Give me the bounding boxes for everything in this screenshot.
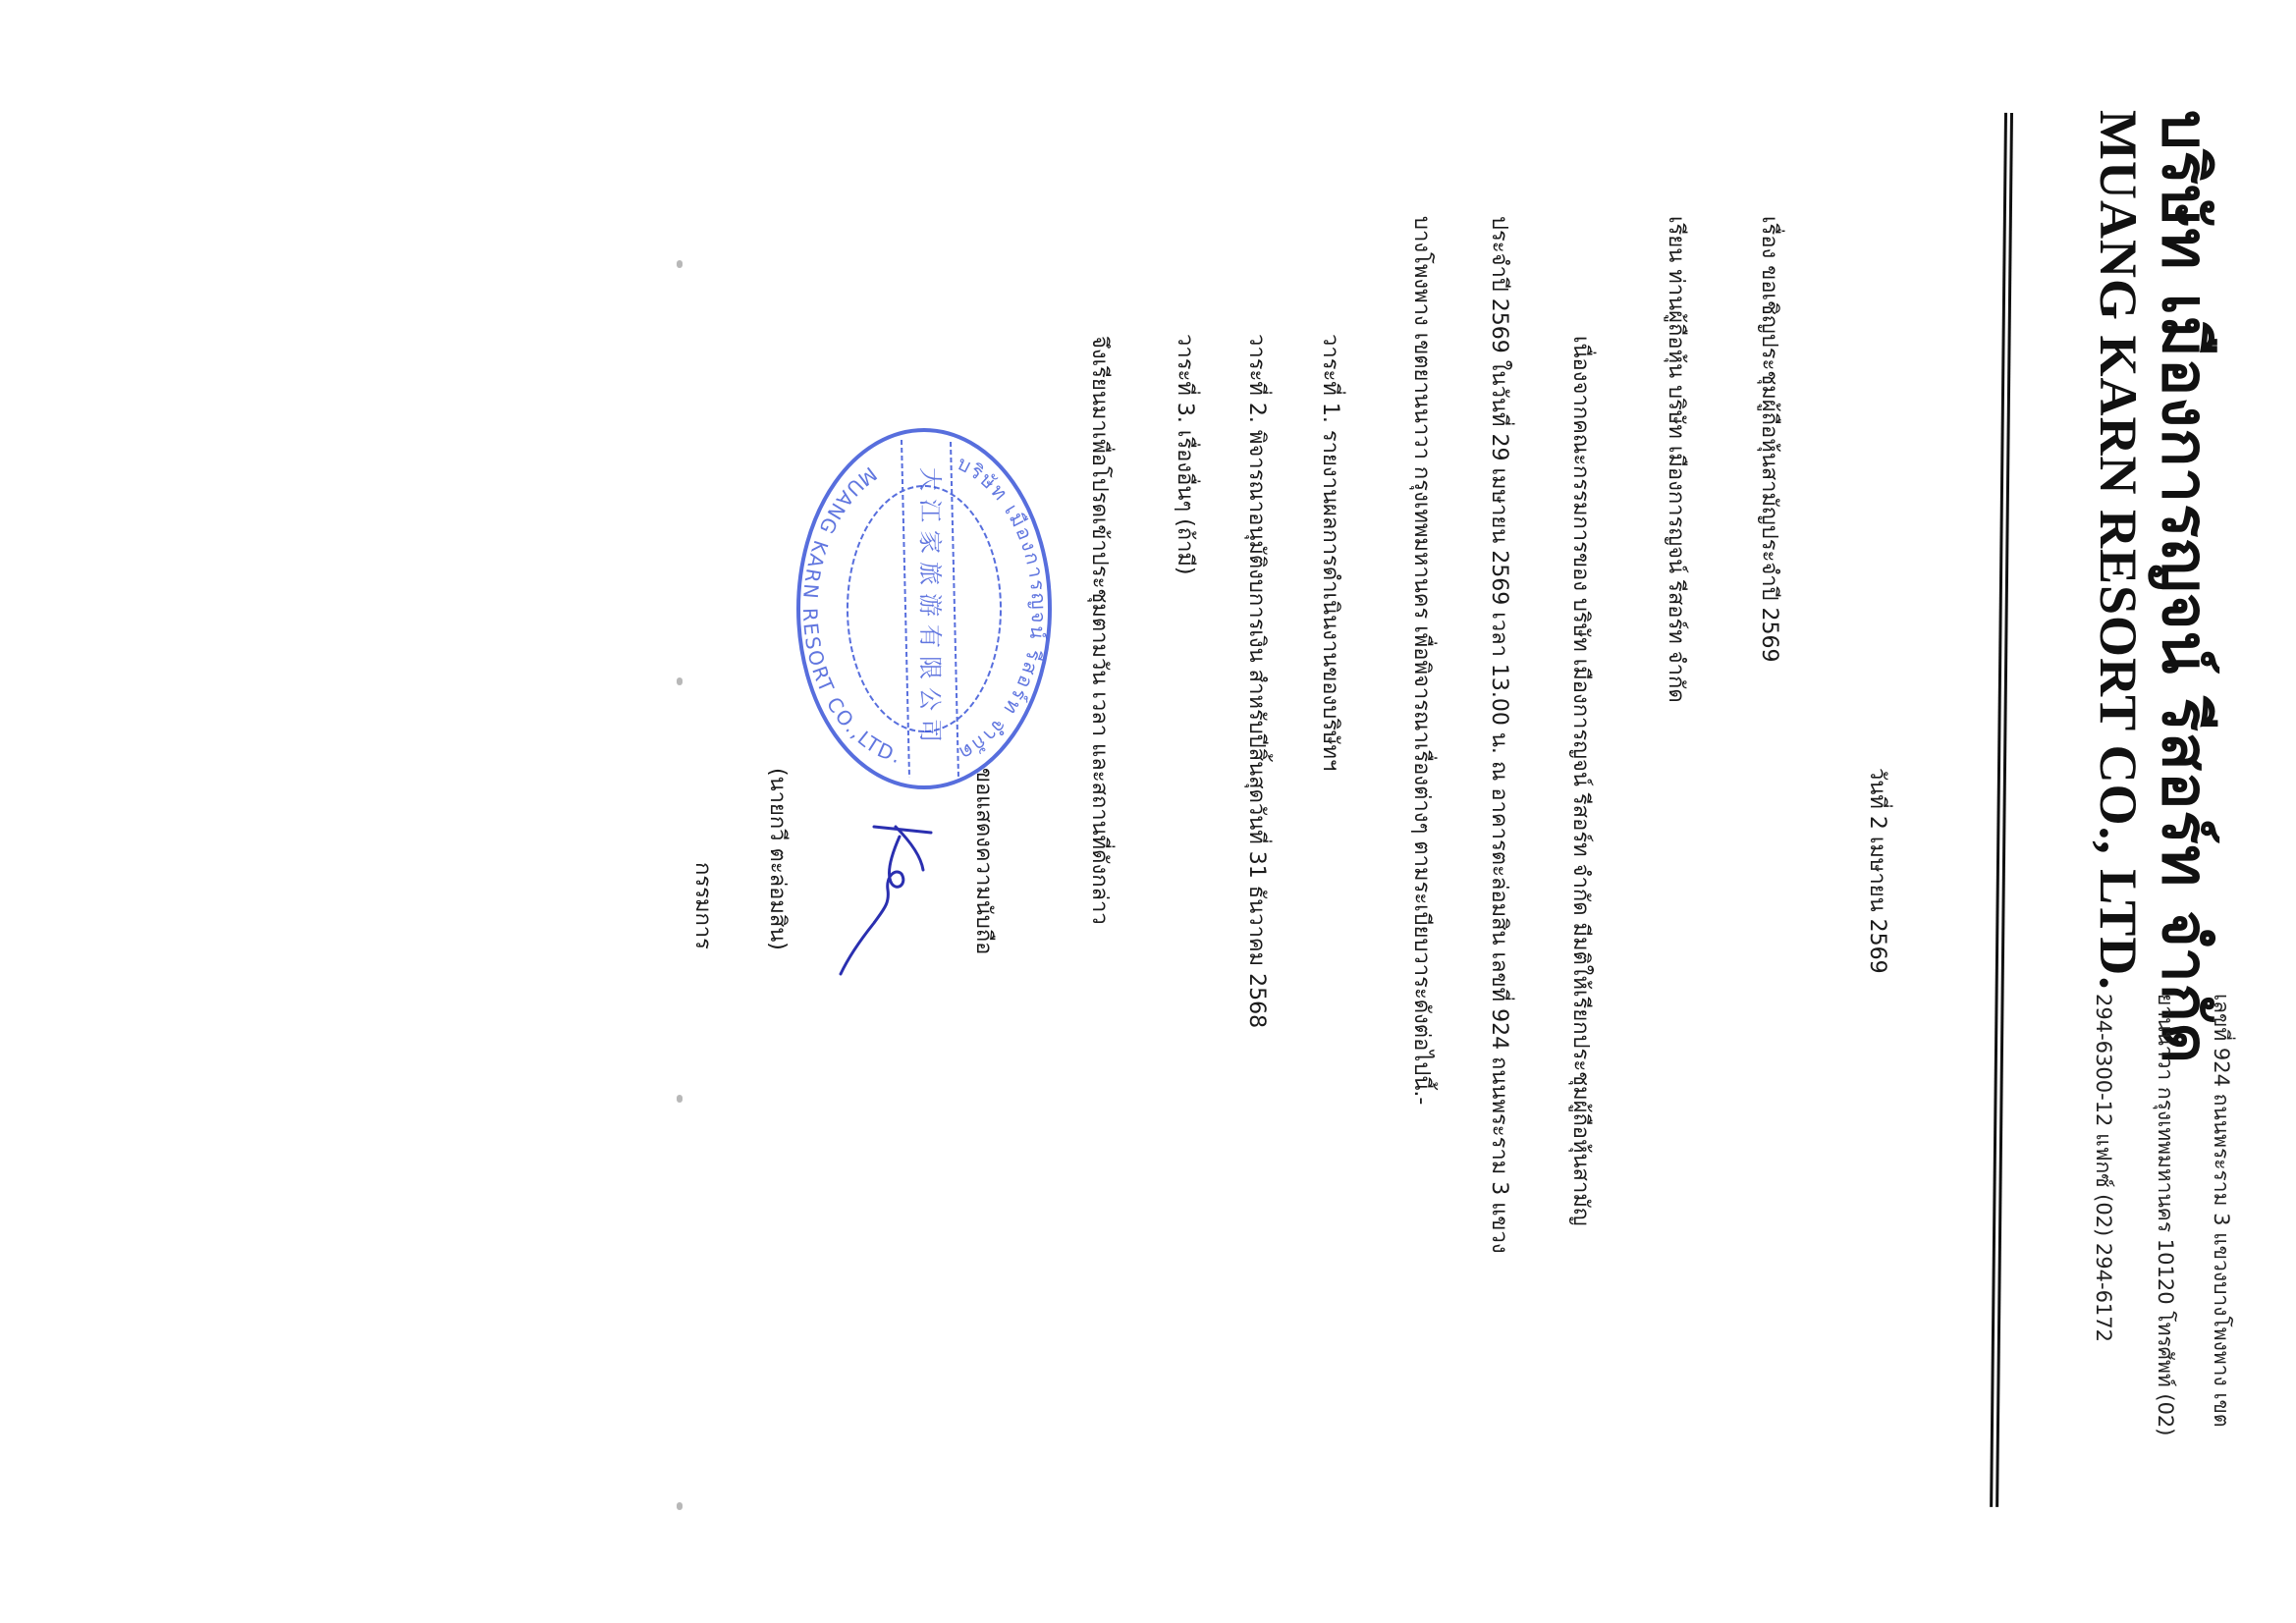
- letter-subject: เรื่อง ขอเชิญประชุมผู้ถือหุ้นสามัญประจำป…: [1753, 216, 1787, 663]
- svg-text:大江家旅游有限公司: 大江家旅游有限公司: [916, 467, 944, 750]
- body-line-3: บางโพงพาง เขตยานนาวา กรุงเทพมหานคร เพื่อ…: [1405, 216, 1440, 1105]
- address-line-2: ยานนาวา กรุงเทพมหานคร 10120 โทรศัพท์ (02…: [2149, 994, 2181, 1436]
- agenda-item-3: วาระที่ 3. เรื่องอื่นๆ (ถ้ามี): [1169, 334, 1203, 575]
- company-name-thai: บริษัท เมืองการญจน์ รีสอร์ท จำกัด: [2135, 110, 2235, 1064]
- agenda-item-2: วาระที่ 2. พิจารณาอนุมัติงบการเงิน สำหรั…: [1240, 334, 1275, 1028]
- body-line-2: ประจำปี 2569 ในวันที่ 29 เมษายน 2569 เวล…: [1483, 216, 1517, 1254]
- letter-recipient: เรียน ท่านผู้ถือหุ้น บริษัท เมืองการญจน์…: [1660, 216, 1694, 703]
- letter-page: บริษัท เมืองการญจน์ รีสอร์ท จำกัด MUANG …: [0, 0, 2296, 1623]
- scan-mark: [677, 1502, 683, 1510]
- handwritten-signature: [835, 815, 943, 982]
- agenda-item-1: วาระที่ 1. รายงานผลการดำเนินงานของบริษัท…: [1314, 334, 1348, 771]
- company-seal-stamp: บริษัท เมืองการญจน์ รีสอร์ท จำกัด 大江家旅游有…: [792, 422, 1057, 795]
- company-name-english: MUANG KARN RESORT CO., LTD.: [2088, 110, 2149, 991]
- body-line-1: เนื่องจากคณะกรรมการของ บริษัท เมืองการญจ…: [1564, 336, 1599, 1226]
- signatory-name: (นายกวี ตะล่อมสิน): [761, 768, 795, 950]
- svg-text:บริษัท เมืองการญจน์ รีสอร์ท จำ: บริษัท เมืองการญจน์ รีสอร์ท จำกัด: [954, 451, 1051, 766]
- scan-mark: [677, 677, 683, 685]
- header-double-rule: [1990, 113, 2013, 1507]
- address-line-1: เลขที่ 924 ถนนพระราม 3 แขวงบางโพงพาง เขต: [2205, 994, 2237, 1428]
- signatory-title: กรรมการ: [686, 862, 721, 949]
- address-line-3: 294-6300-12 แฟกซ์ (02) 294-6172: [2087, 994, 2119, 1342]
- scan-mark: [677, 1095, 683, 1103]
- regards-line: ขอแสดงความนับถือ: [967, 768, 1002, 954]
- svg-text:MUANG KARN RESORT CO.,LTD.: MUANG KARN RESORT CO.,LTD.: [798, 462, 904, 769]
- letter-date: วันที่ 2 เมษายน 2569: [1861, 768, 1895, 974]
- closing-sentence: จึงเรียนมาเพื่อโปรดเข้าประชุมตามวัน เวลา…: [1083, 336, 1118, 925]
- scan-mark: [677, 260, 683, 268]
